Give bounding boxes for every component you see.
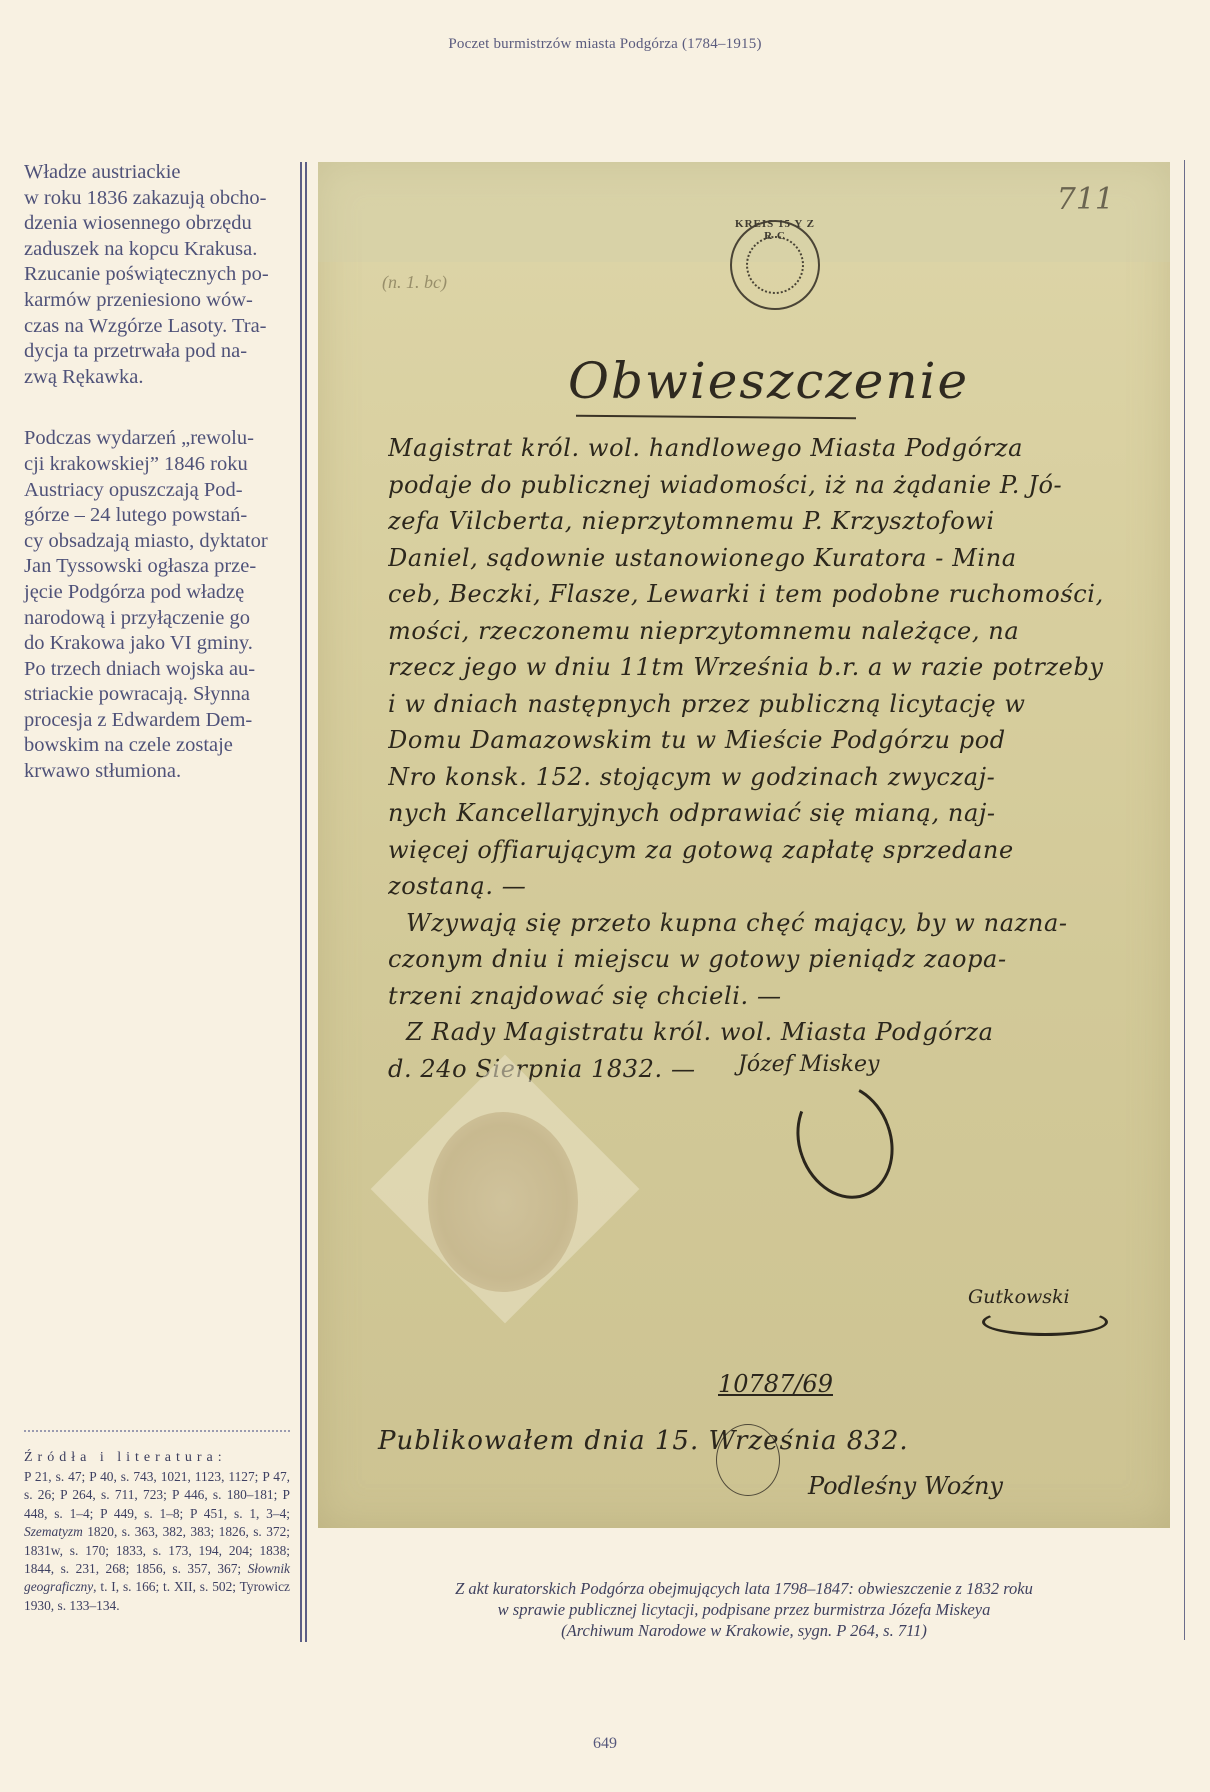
sources-list: P 21, s. 47; P 40, s. 743, 1021, 1123, 1… bbox=[24, 1468, 290, 1615]
manuscript-line: Domu Damazowskim tu w Mieście Podgórzu p… bbox=[388, 722, 1148, 759]
manuscript-line: Nro konsk. 152. stojącym w godzinach zwy… bbox=[388, 759, 1148, 796]
manuscript-line: i w dniach następnych przez publiczną li… bbox=[388, 686, 1148, 723]
sidebar-note-rekawka: Władze austriackie w roku 1836 zakazują … bbox=[24, 160, 296, 390]
manuscript-line: Wzywają się przeto kupna chęć mający, by… bbox=[388, 905, 1148, 942]
signature-flourish-icon bbox=[781, 1069, 910, 1212]
sidebar-column: Władze austriackie w roku 1836 zakazują … bbox=[24, 160, 296, 821]
bailiff-signature: Podleśny Woźny bbox=[808, 1472, 1003, 1500]
ink-stamp-icon: KREIS 15 Y Z R C bbox=[730, 220, 820, 310]
manuscript-line: zefa Vilcberta, nieprzytomnemu P. Krzysz… bbox=[388, 503, 1148, 540]
sidebar-note-revolution-1846: Podczas wydarzeń „rewolu- cji krakowskie… bbox=[24, 426, 296, 784]
column-rule-left bbox=[300, 162, 302, 1642]
sources-text: P 21, s. 47; P 40, s. 743, 1021, 1123, 1… bbox=[24, 1469, 290, 1521]
manuscript-image: 711 (n. 1. bc) KREIS 15 Y Z R C Obwieszc… bbox=[318, 162, 1170, 1528]
manuscript-line: czonym dniu i miejscu w gotowy pieniądz … bbox=[388, 941, 1148, 978]
manuscript-line: Z Rady Magistratu król. wol. Miasta Podg… bbox=[388, 1014, 1148, 1051]
sources-title: Źródła i literatura: bbox=[24, 1450, 290, 1466]
running-header: Poczet burmistrzów miasta Podgórza (1784… bbox=[0, 36, 1210, 53]
publication-note: Publikowałem dnia 15. Września 832. bbox=[378, 1426, 909, 1456]
manuscript-line: rzecz jego w dniu 11tm Września b.r. a w… bbox=[388, 649, 1148, 686]
archive-page-number: 711 bbox=[1057, 182, 1114, 217]
dotted-separator bbox=[24, 1430, 290, 1432]
manuscript-line: zostaną. — bbox=[388, 868, 1148, 905]
manuscript-line: Daniel, sądownie ustanowionego Kuratora … bbox=[388, 540, 1148, 577]
manuscript-line: trzeni znajdować się chcieli. — bbox=[388, 978, 1148, 1015]
clerk-signature: Gutkowski bbox=[968, 1286, 1070, 1308]
stamp-inner-ring bbox=[746, 236, 804, 294]
manuscript-line: nych Kancellaryjnych odprawiać się mianą… bbox=[388, 795, 1148, 832]
column-rule-left-inner bbox=[305, 162, 307, 1642]
column-rule-right bbox=[1184, 160, 1185, 1640]
manuscript-line: Magistrat król. wol. handlowego Miasta P… bbox=[388, 430, 1148, 467]
wax-seal-icon bbox=[428, 1112, 578, 1292]
manuscript-body: Magistrat król. wol. handlowego Miasta P… bbox=[388, 430, 1148, 1087]
stamp-text: KREIS 15 Y Z R C bbox=[732, 218, 818, 242]
clerk-flourish-icon bbox=[982, 1308, 1108, 1336]
page-number: 649 bbox=[0, 1735, 1210, 1753]
faded-mark: (n. 1. bc) bbox=[382, 272, 447, 293]
title-underline bbox=[576, 415, 856, 419]
figure-caption: Z akt kuratorskich Podgórza obejmujących… bbox=[318, 1578, 1170, 1641]
manuscript-line: ceb, Beczki, Flasze, Lewarki i tem podob… bbox=[388, 576, 1148, 613]
caption-line: w sprawie publicznej licytacji, podpisan… bbox=[318, 1599, 1170, 1620]
manuscript-line: podaje do publicznej wiadomości, iż na ż… bbox=[388, 467, 1148, 504]
manuscript-title: Obwieszczenie bbox=[568, 352, 969, 410]
manuscript-line: mości, rzeczonemu nieprzytomnemu należąc… bbox=[388, 613, 1148, 650]
manuscript-line: więcej offiarującym za gotową zapłatę sp… bbox=[388, 832, 1148, 869]
mayor-signature: Józef Miskey bbox=[738, 1052, 879, 1077]
sources-block: Źródła i literatura: P 21, s. 47; P 40, … bbox=[24, 1430, 290, 1615]
reference-number: 10787/69 bbox=[718, 1370, 833, 1398]
sources-title-szematyzm: Szematyzm bbox=[24, 1524, 83, 1539]
caption-line: Z akt kuratorskich Podgórza obejmujących… bbox=[318, 1578, 1170, 1599]
caption-line: (Archiwum Narodowe w Krakowie, sygn. P 2… bbox=[318, 1620, 1170, 1641]
